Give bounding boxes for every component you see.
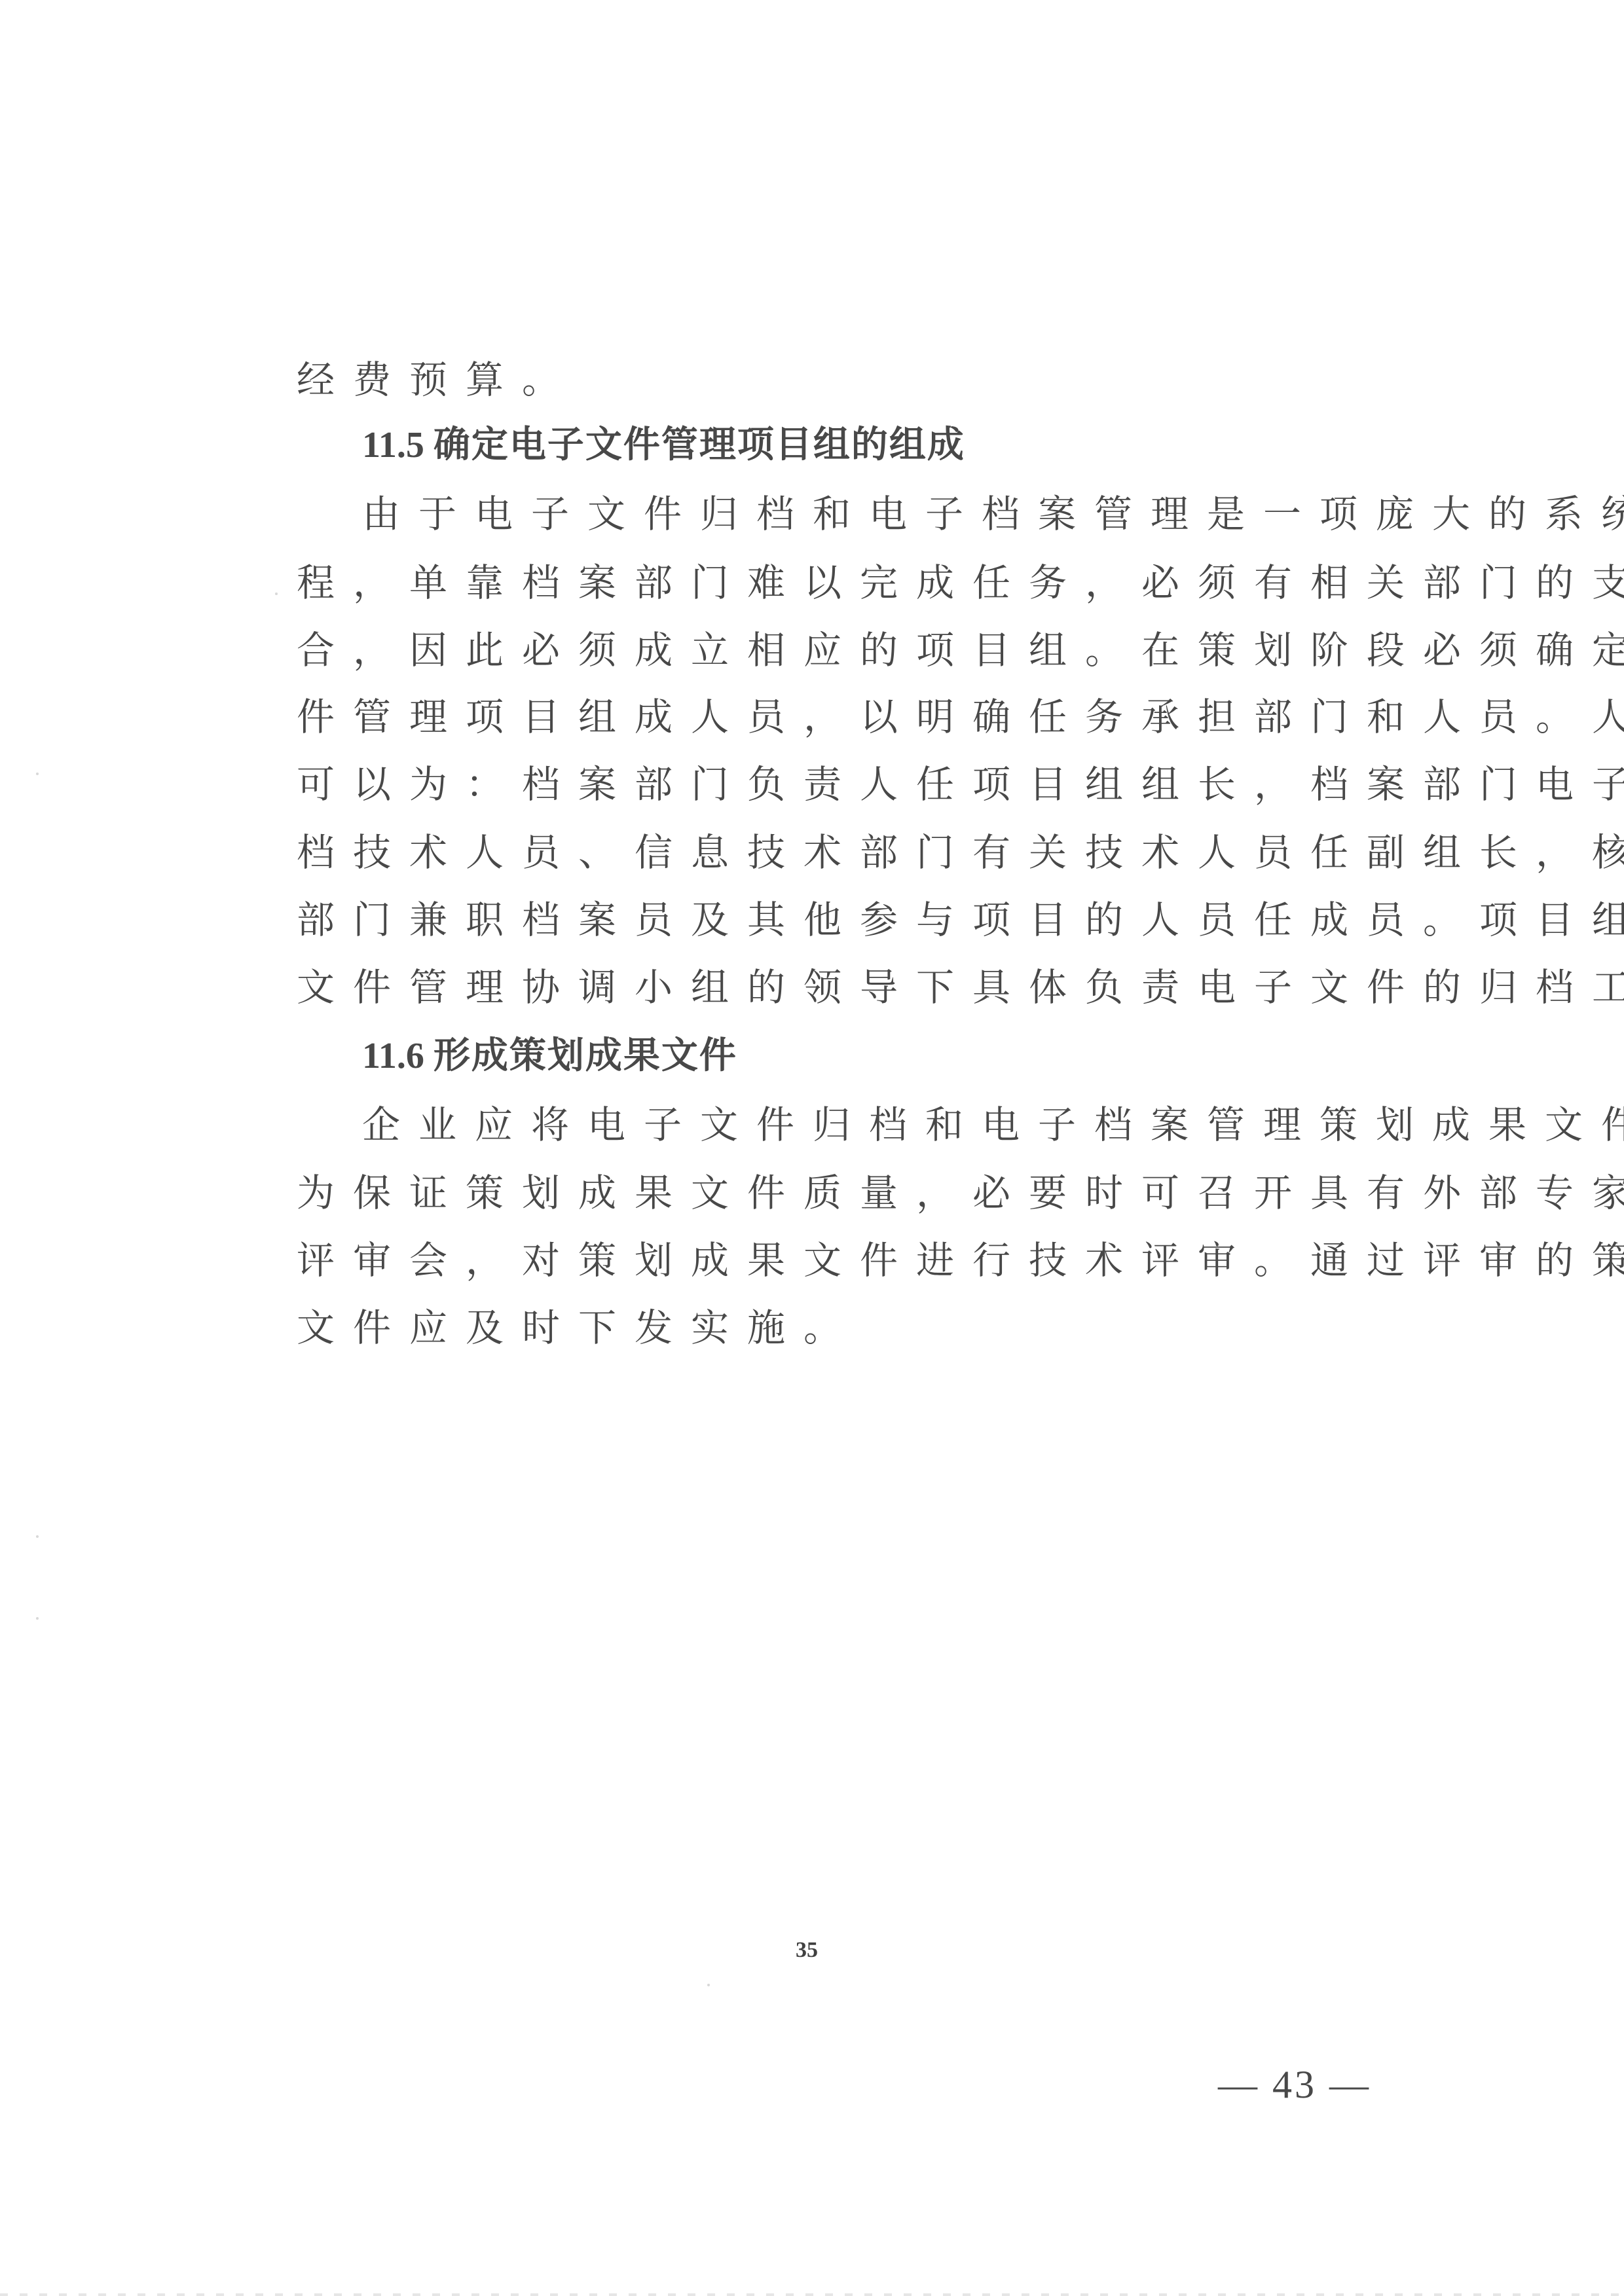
paragraph-line: 评审会，对策划成果文件进行技术评审。通过评审的策划成果 [297, 1237, 1624, 1283]
paragraph-line: 为保证策划成果文件质量，必要时可召开具有外部专家参加的 [297, 1170, 1624, 1216]
section-number: 11.5 [362, 425, 424, 465]
section-heading-11-5: 11.5确定电子文件管理项目组的组成 [362, 422, 965, 468]
paragraph-line: 企业应将电子文件归档和电子档案管理策划成果文件化。 [362, 1102, 1624, 1148]
paragraph-line: 部门兼职档案员及其他参与项目的人员任成员。项目组在电子 [297, 897, 1624, 943]
paragraph-line: 档技术人员、信息技术部门有关技术人员任副组长，核心业务 [297, 829, 1624, 875]
continuation-text: 经费预算。 [297, 357, 578, 403]
scan-speck [275, 592, 278, 595]
scan-edge [0, 2293, 1624, 2296]
outer-page-number: — 43 — [1218, 2062, 1371, 2107]
paragraph-line: 可以为：档案部门负责人任项目组组长，档案部门电子文件归 [297, 761, 1624, 807]
paragraph-line: 文件管理协调小组的领导下具体负责电子文件的归档工作。 [297, 964, 1624, 1010]
section-number: 11.6 [362, 1036, 424, 1076]
scan-speck [36, 773, 39, 775]
section-title: 形成策划成果文件 [434, 1034, 737, 1077]
paragraph-line: 件管理项目组成人员，以明确任务承担部门和人员。人员组成 [297, 694, 1624, 740]
section-title: 确定电子文件管理项目组的组成 [434, 424, 965, 466]
section-heading-11-6: 11.6形成策划成果文件 [362, 1033, 737, 1079]
scan-speck [707, 1984, 710, 1986]
paragraph-line: 文件应及时下发实施。 [297, 1305, 860, 1351]
scan-speck [36, 1617, 39, 1620]
inner-page-number: 35 [796, 1938, 818, 1963]
paragraph-line: 程，单靠档案部门难以完成任务，必须有相关部门的支持与配 [297, 560, 1624, 606]
scan-speck [36, 1535, 39, 1538]
paragraph-line: 由于电子文件归档和电子档案管理是一项庞大的系统性工 [362, 491, 1624, 537]
paragraph-line: 合，因此必须成立相应的项目组。在策划阶段必须确定电子文 [297, 627, 1624, 673]
